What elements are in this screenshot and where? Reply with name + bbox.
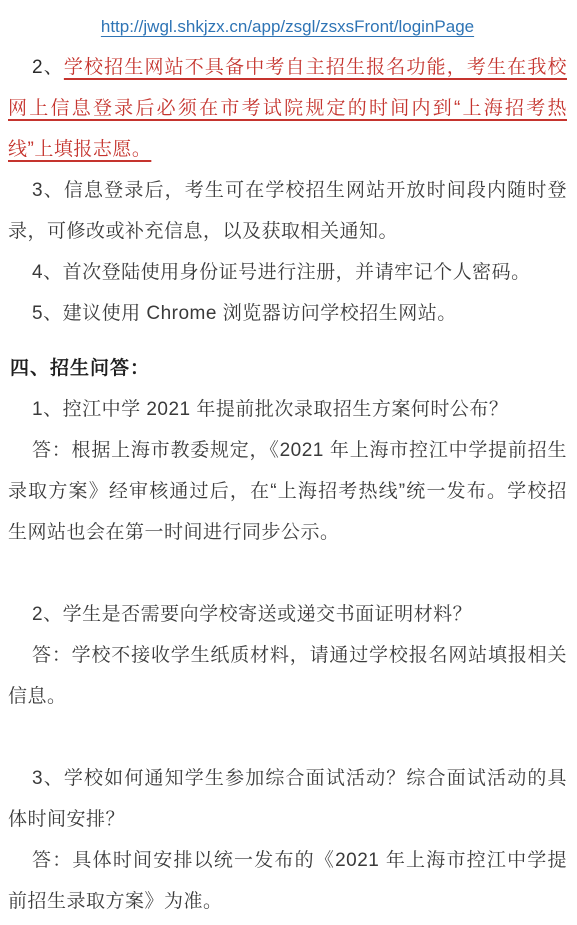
qa-1-answer: 答：根据上海市教委规定，《2021 年上海市控江中学提前招生录取方案》经审核通过… bbox=[8, 430, 567, 553]
note-3-paragraph: 3、信息登录后，考生可在学校招生网站开放时间段内随时登录，可修改或补充信息，以及… bbox=[8, 170, 567, 252]
note-3-text: 信息登录后，考生可在学校招生网站开放时间段内随时登录，可修改或补充信息，以及获取… bbox=[8, 180, 567, 242]
note-3-number: 3、 bbox=[32, 180, 64, 201]
blank-line bbox=[8, 717, 567, 758]
note-5-text: 建议使用 Chrome 浏览器访问学校招生网站。 bbox=[63, 303, 457, 324]
note-2-paragraph: 2、学校招生网站不具备中考自主招生报名功能，考生在我校网上信息登录后必须在市考试… bbox=[8, 47, 567, 170]
document-page: http://jwgl.shkjzx.cn/app/zsgl/zsxsFront… bbox=[0, 0, 577, 925]
note-2-number: 2、 bbox=[32, 57, 64, 78]
section-heading-admissions-qa: 四、招生问答： bbox=[8, 348, 567, 389]
qa-1-question: 1、控江中学 2021 年提前批次录取招生方案何时公布？ bbox=[8, 389, 567, 430]
note-4-text: 首次登陆使用身份证号进行注册，并请牢记个人密码。 bbox=[63, 262, 531, 283]
qa-2-question: 2、学生是否需要向学校寄送或递交书面证明材料？ bbox=[8, 594, 567, 635]
login-link-line: http://jwgl.shkjzx.cn/app/zsgl/zsxsFront… bbox=[8, 6, 567, 47]
note-5-paragraph: 5、建议使用 Chrome 浏览器访问学校招生网站。 bbox=[8, 293, 567, 334]
note-5-number: 5、 bbox=[32, 303, 63, 324]
note-4-paragraph: 4、首次登陆使用身份证号进行注册，并请牢记个人密码。 bbox=[8, 252, 567, 293]
note-2-warning-text: 学校招生网站不具备中考自主招生报名功能，考生在我校网上信息登录后必须在市考试院规… bbox=[8, 57, 567, 160]
qa-3-question: 3、学校如何通知学生参加综合面试活动？综合面试活动的具体时间安排？ bbox=[8, 758, 567, 840]
qa-3-answer: 答：具体时间安排以统一发布的《2021 年上海市控江中学提前招生录取方案》为准。 bbox=[8, 840, 567, 922]
qa-2-answer: 答：学校不接收学生纸质材料，请通过学校报名网站填报相关信息。 bbox=[8, 635, 567, 717]
blank-line bbox=[8, 553, 567, 594]
login-page-link[interactable]: http://jwgl.shkjzx.cn/app/zsgl/zsxsFront… bbox=[101, 17, 474, 36]
note-4-number: 4、 bbox=[32, 262, 63, 283]
